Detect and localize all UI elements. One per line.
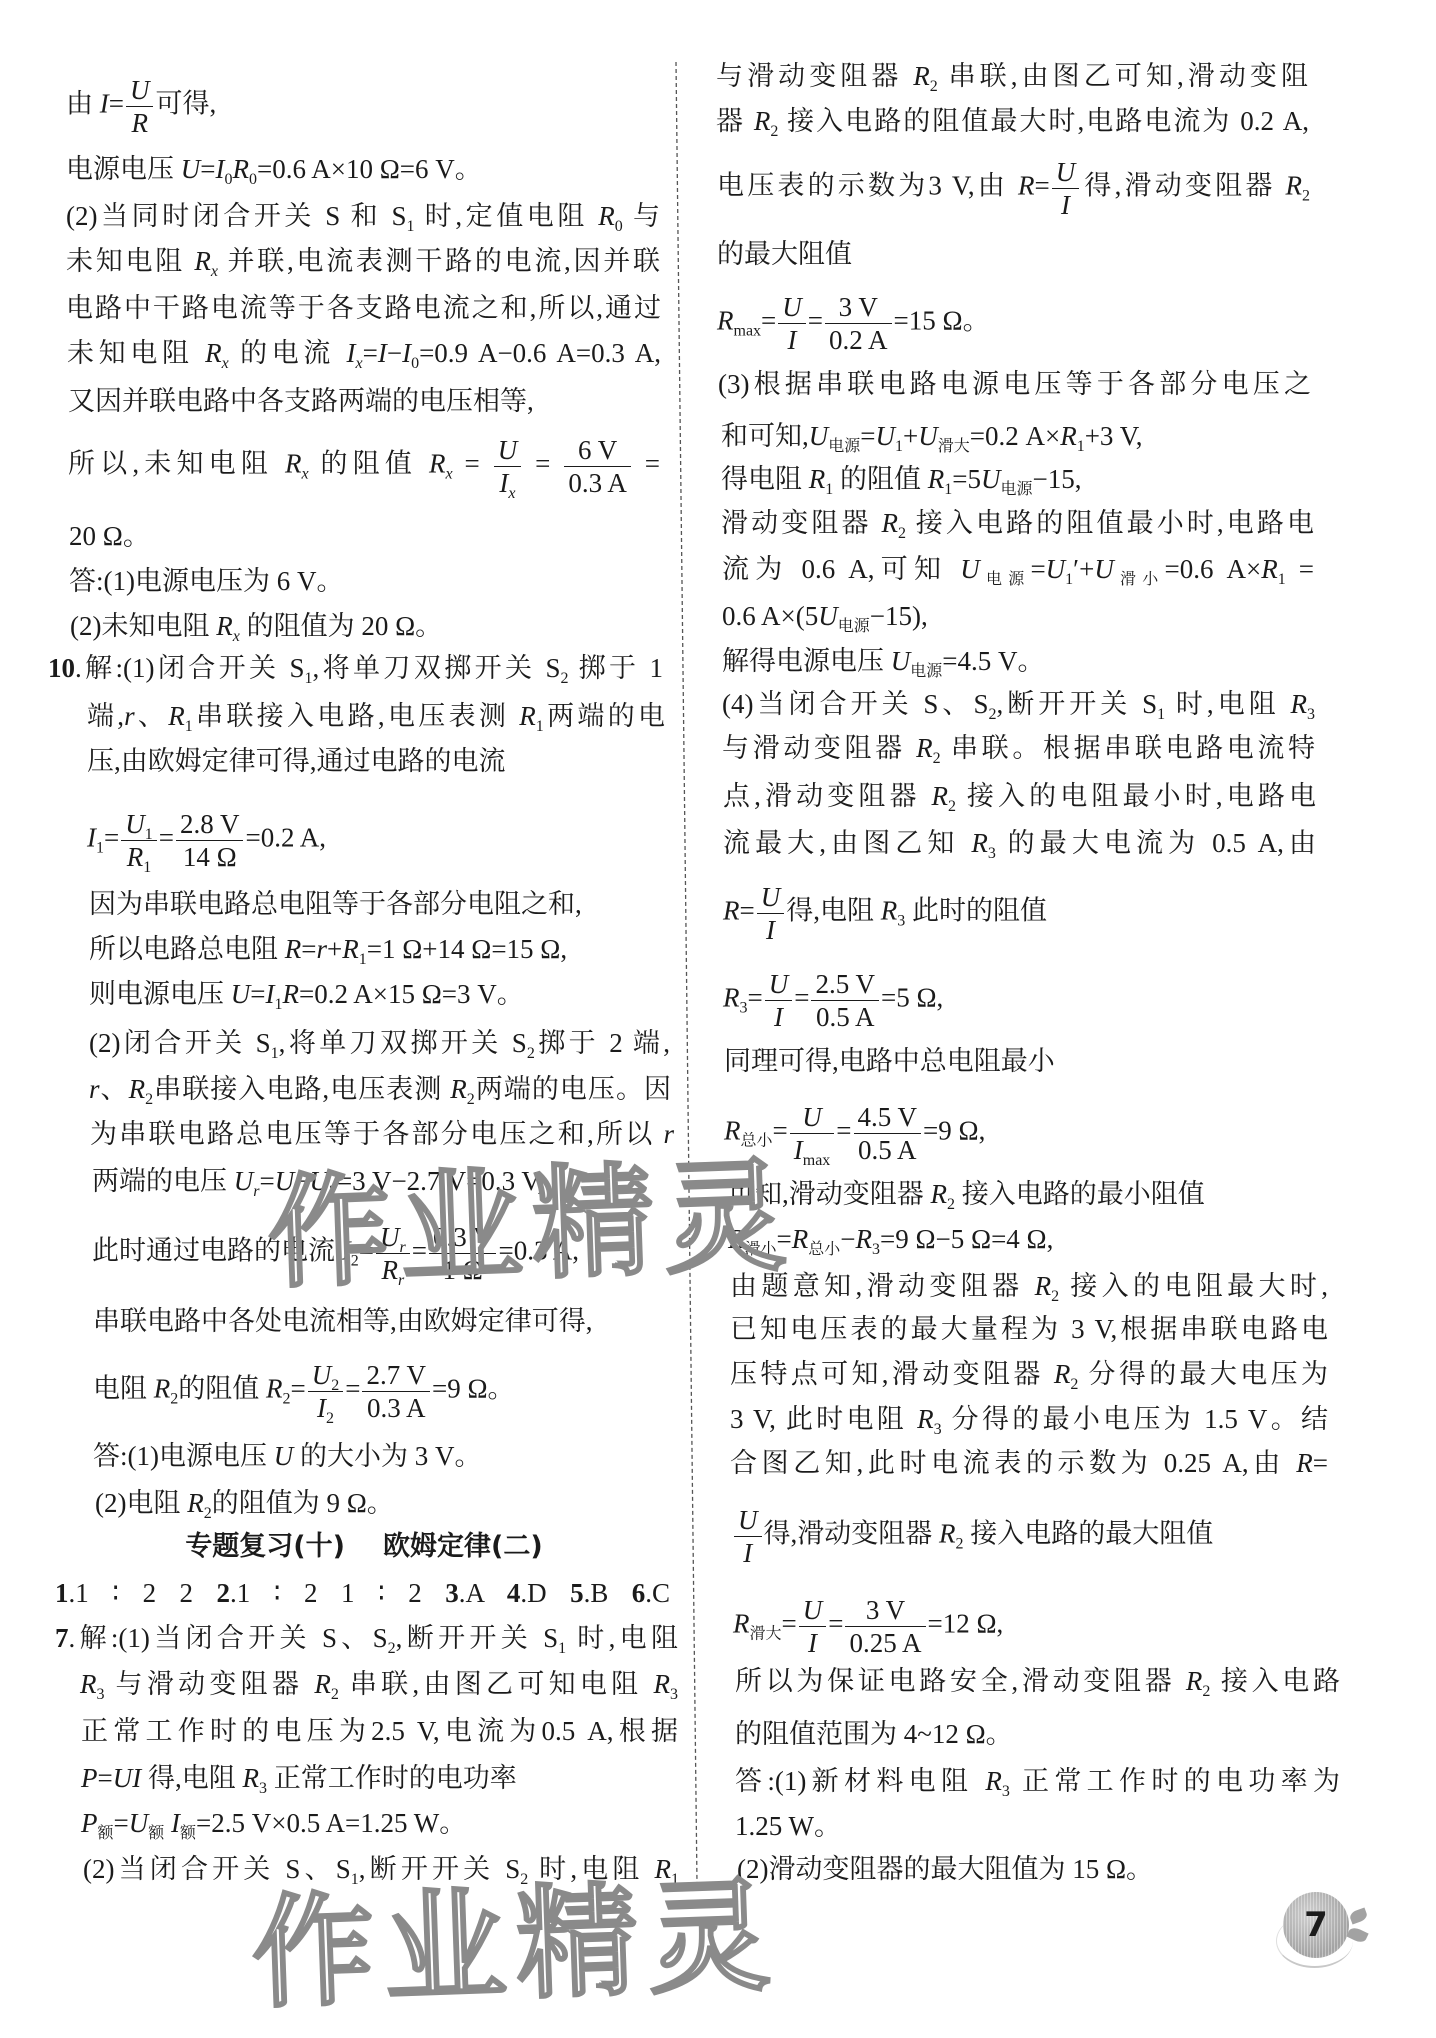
math-var: I (788, 325, 797, 355)
text-line: 与滑动变阻器 R2 串联。根据串联电路电流特 (722, 732, 1315, 764)
text-run: 答:(1)新材料电阻 (735, 1766, 985, 1796)
math-var: R (723, 983, 740, 1013)
math-var: R (1060, 421, 1077, 451)
text-run: 合图乙知,此时电流表的示数为 0.25 A,由 (730, 1448, 1296, 1478)
text-run: = (1034, 171, 1049, 201)
text-line: 已知电压表的最大量程为 3 V,根据串联电路电 (730, 1313, 1328, 1345)
math-var: R (881, 508, 898, 538)
text-line: 流为 0.6 A,可知 U电源=U1′+U滑小=0.6 A×R1 = (722, 553, 1314, 585)
math-sub: 电源 (980, 571, 1031, 588)
text-line: 由题意知,滑动变阻器 R2 接入的电阻最大时, (730, 1270, 1328, 1302)
math-var: U (918, 421, 938, 451)
text-run: 正常工作时的电功率为 (1010, 1766, 1340, 1796)
math-sub: 2 (956, 1536, 964, 1553)
math-var: U (1094, 554, 1114, 584)
text-run: = (761, 306, 776, 336)
text-run: (2)滑动变阻器的最大阻值为 15 Ω。 (737, 1854, 1153, 1884)
math-sub: 2 (947, 1196, 955, 1213)
fraction: UI (778, 291, 806, 356)
fraction-num: 3 V (845, 1594, 925, 1627)
text-run: ,断开开关 S (996, 689, 1157, 719)
text-run: =5 Ω, (881, 983, 943, 1013)
math-var: R (1054, 1359, 1071, 1389)
text-line: 点,滑动变阻器 R2 接入的电阻最小时,电路电 (723, 780, 1316, 812)
fraction-num: U (734, 1504, 762, 1537)
math-sub: 2 (898, 525, 906, 542)
page: 由 I=UR可得, 电源电压 U=I0R0=0.6 A×10 Ω=6 V。 (2… (0, 0, 1436, 2038)
text-run: 解得电源电压 (722, 646, 891, 676)
text-run: = (773, 1116, 788, 1146)
text-run: = (836, 1116, 851, 1146)
text-run: 点,滑动变阻器 (723, 781, 932, 811)
text-run: =9 Ω, (923, 1116, 985, 1146)
math-var: R (1296, 1448, 1313, 1478)
fraction: 4.5 V0.5 A (854, 1101, 922, 1166)
text-run: 的最大电流为 0.5 A,由 (996, 828, 1316, 858)
fraction-den: I (734, 1537, 762, 1569)
page-number-badge: 7 (1276, 1884, 1386, 1974)
math-sub: 3 (934, 1421, 942, 1438)
text-run: 与滑动变阻器 (722, 733, 916, 763)
math-var: R (928, 464, 945, 494)
math-var: R (1035, 1271, 1052, 1301)
math-sub: 电源 (838, 618, 870, 635)
text-line: R滑大=UI=3 V0.25 A=12 Ω, (733, 1594, 1003, 1659)
text-run: = (1286, 554, 1314, 584)
math-var: R (724, 1116, 741, 1146)
fraction-den: Imax (790, 1134, 835, 1166)
math-sub: 1 (1077, 438, 1085, 455)
text-run: =12 Ω, (928, 1609, 1004, 1639)
text-line: 同理可得,电路中总电阻最小 (724, 1045, 1055, 1077)
text-run: 2.5 V (815, 969, 875, 999)
text-run: 串联。根据串联电路电流特 (941, 733, 1315, 763)
math-sub: 电源 (828, 438, 860, 455)
text-run: = (1313, 1448, 1328, 1478)
fraction: 2.5 V0.5 A (811, 968, 879, 1033)
math-sub: 滑大 (750, 1626, 782, 1643)
text-run: =0.6 A× (1165, 554, 1262, 584)
text-line: 解得电源电压 U电源=4.5 V。 (722, 645, 1045, 677)
math-var: U (738, 1505, 758, 1535)
math-var: R (939, 1519, 956, 1549)
text-line: 答:(1)新材料电阻 R3 正常工作时的电功率为 (735, 1765, 1340, 1797)
fraction-den: I (757, 914, 785, 946)
text-line: (2)滑动变阻器的最大阻值为 15 Ω。 (737, 1853, 1153, 1885)
page-number: 7 (1304, 1905, 1328, 1945)
math-sub: max (803, 1152, 831, 1169)
math-var: R (931, 1179, 948, 1209)
text-line: 得电阻 R1 的阻值 R1=5U电源−15, (721, 463, 1081, 495)
text-run: 得,电阻 (786, 896, 881, 926)
text-run: 3 V (866, 1595, 905, 1625)
math-sub: 1 (1157, 706, 1165, 723)
text-run: 0.6 A×(5 (722, 601, 818, 631)
text-run: −15), (870, 601, 928, 631)
page-number-ball-icon: 7 (1283, 1892, 1349, 1958)
math-var: U (769, 969, 789, 999)
text-line: 所以为保证电路安全,滑动变阻器 R2 接入电路 (735, 1665, 1340, 1697)
text-run: 此时的阻值 (905, 896, 1047, 926)
fraction-num: U (790, 1101, 835, 1134)
text-run: = (808, 306, 823, 336)
math-var: U (1056, 157, 1076, 187)
text-run: 接入电路 (1210, 1666, 1340, 1696)
fraction-num: U (799, 1594, 827, 1627)
text-run: 接入电路的最小阻值 (955, 1179, 1205, 1209)
text-run: 分得的最大电压为 (1078, 1359, 1328, 1389)
watermark: 作业精灵 (250, 1871, 782, 2019)
math-var: R (1286, 171, 1303, 201)
math-var: R (971, 828, 988, 858)
fraction-num: 4.5 V (854, 1101, 922, 1134)
right-column: 与滑动变阻器 R2 串联,由图乙可知,滑动变阻 器 R2 接入电路的阻值最大时,… (0, 0, 1436, 2038)
math-var: U (981, 464, 1001, 494)
text-line: (3)根据串联电路电源电压等于各部分电压之 (718, 368, 1311, 400)
text-run: 接入电路的阻值最大时,电路电流为 0.2 A, (778, 106, 1309, 136)
text-run: ′+ (1073, 554, 1094, 584)
fraction: UImax (790, 1101, 835, 1166)
math-var: R (916, 733, 933, 763)
math-sub: 2 (933, 750, 941, 767)
text-run: 0.5 A (816, 1002, 875, 1032)
text-run: = (782, 1609, 797, 1639)
text-run: 滑动变阻器 (721, 508, 881, 538)
text-line: 的阻值范围为 4~12 Ω。 (735, 1718, 1013, 1750)
text-line: 电压表的示数为3 V,由 R=UI得,滑动变阻器 R2 (717, 156, 1310, 221)
fraction: 3 V0.25 A (845, 1594, 925, 1659)
text-run: (4)当闭合开关 S、S (722, 689, 988, 719)
text-run: + (903, 421, 918, 451)
text-line: 滑动变阻器 R2 接入电路的阻值最小时,电路电 (721, 507, 1314, 539)
math-var: U (802, 1102, 822, 1132)
fraction-num: 2.5 V (811, 968, 879, 1001)
fraction-num: U (765, 968, 793, 1001)
text-line: Rmax=UI=3 V0.2 A=15 Ω。 (717, 291, 990, 356)
text-run: 时,电阻 (1165, 689, 1290, 719)
text-run: +3 V, (1085, 421, 1143, 451)
fraction-den: I (799, 1627, 827, 1659)
text-line: 压特点可知,滑动变阻器 R2 分得的最大电压为 (730, 1358, 1328, 1390)
math-var: I (794, 1135, 803, 1165)
text-line: 器 R2 接入电路的阻值最大时,电路电流为 0.2 A, (716, 105, 1309, 137)
math-var: U (818, 601, 838, 631)
text-line: 的最大阻值 (717, 238, 852, 270)
text-line: 和可知,U电源=U1+U滑大=0.2 A×R1+3 V, (721, 420, 1142, 452)
text-run: 所以为保证电路安全,滑动变阻器 (735, 1666, 1186, 1696)
math-var: R (717, 306, 734, 336)
text-run: =0.2 A× (970, 421, 1060, 451)
text-run: 与滑动变阻器 (716, 61, 913, 91)
math-sub: 1 (1065, 571, 1073, 588)
fraction-den: I (765, 1001, 793, 1033)
text-run: 压特点可知,滑动变阻器 (730, 1359, 1054, 1389)
text-line: 流最大,由图乙知 R3 的最大电流为 0.5 A,由 (723, 827, 1316, 859)
text-run: −15, (1033, 464, 1082, 494)
text-line: 3 V, 此时电阻 R3 分得的最小电压为 1.5 V。结 (730, 1403, 1328, 1435)
text-line: UI得,滑动变阻器 R2 接入电路的最大阻值 (732, 1504, 1213, 1569)
fraction-den: 0.5 A (854, 1134, 922, 1166)
math-var: U (803, 1595, 823, 1625)
math-var: I (766, 915, 775, 945)
math-var: R (754, 106, 771, 136)
math-sub: 1 (1278, 571, 1286, 588)
text-run: 的阻值范围为 4~12 Ω。 (735, 1719, 1013, 1749)
math-var: R (809, 464, 826, 494)
fraction-den: I (1052, 189, 1080, 221)
text-run: (3)根据串联电路电源电压等于各部分电压之 (718, 369, 1311, 399)
fraction: UI (734, 1504, 762, 1569)
math-sub: 电源 (910, 663, 942, 680)
text-run: = (748, 983, 763, 1013)
text-line: 可知,滑动变阻器 R2 接入电路的最小阻值 (728, 1178, 1205, 1210)
text-run: =4.5 V。 (942, 646, 1044, 676)
fraction-den: 0.5 A (811, 1001, 879, 1033)
text-run: 电压表的示数为3 V,由 (717, 171, 1018, 201)
math-sub: 2 (948, 798, 956, 815)
math-sub: 3 (988, 845, 996, 862)
text-run: =9 Ω−5 Ω=4 Ω, (880, 1224, 1053, 1254)
text-run: 和可知, (721, 421, 809, 451)
fraction-num: U (1052, 156, 1080, 189)
text-run: 串联,由图乙可知,滑动变阻 (938, 61, 1308, 91)
fraction: 3 V0.2 A (825, 291, 892, 356)
fraction-den: I (778, 324, 806, 356)
fraction-den: 0.2 A (825, 324, 892, 356)
math-var: U (891, 646, 911, 676)
fraction: UI (799, 1594, 827, 1659)
math-sub: 3 (872, 1241, 880, 1258)
math-var: R (1186, 1666, 1203, 1696)
text-line: 1.25 W。 (735, 1810, 841, 1842)
text-run: =5 (952, 464, 981, 494)
math-var: R (917, 1404, 934, 1434)
math-var: I (774, 1002, 783, 1032)
math-var: R (1018, 171, 1035, 201)
text-run: 4.5 V (858, 1102, 918, 1132)
math-sub: 电源 (1000, 481, 1032, 498)
text-run: = (794, 983, 809, 1013)
watermark: 作业精灵 (266, 1151, 798, 1299)
math-var: U (1046, 554, 1066, 584)
math-var: R (1261, 554, 1278, 584)
text-run: 3 V (839, 292, 878, 322)
math-var: I (743, 1538, 752, 1568)
text-run: 0.5 A (858, 1135, 917, 1165)
fraction: UI (757, 881, 785, 946)
text-run: 得,滑动变阻器 (1081, 171, 1285, 201)
math-var: U (809, 421, 829, 451)
text-line: 合图乙知,此时电流表的示数为 0.25 A,由 R= (730, 1447, 1328, 1479)
text-run: = (1030, 554, 1045, 584)
math-sub: 3 (740, 1000, 748, 1017)
math-var: U (960, 554, 980, 584)
math-var: U (782, 292, 802, 322)
text-run: = (860, 421, 875, 451)
text-run: 接入的电阻最小时,电路电 (956, 781, 1316, 811)
math-sub: 总小 (808, 1241, 840, 1258)
text-run: =15 Ω。 (894, 306, 990, 336)
text-run: 得,滑动变阻器 (764, 1519, 940, 1549)
math-sub: 3 (1002, 1783, 1010, 1800)
fraction: UI (765, 968, 793, 1033)
fraction: UI (1052, 156, 1080, 221)
text-line: R=UI得,电阻 R3 此时的阻值 (723, 881, 1047, 946)
math-sub: max (734, 323, 762, 340)
text-run: 已知电压表的最大量程为 3 V,根据串联电路电 (730, 1314, 1328, 1344)
math-var: R (985, 1766, 1002, 1796)
text-run: 分得的最小电压为 1.5 V。结 (942, 1404, 1328, 1434)
text-line: (4)当闭合开关 S、S2,断开开关 S1 时,电阻 R3 (722, 688, 1315, 720)
math-var: R (913, 61, 930, 91)
text-run: 0.2 A (829, 325, 888, 355)
text-run: 1.25 W。 (735, 1811, 841, 1841)
text-run: 同理可得,电路中总电阻最小 (724, 1046, 1055, 1076)
math-var: R (856, 1224, 873, 1254)
text-run: 的阻值 (833, 464, 928, 494)
text-run: 接入电路的阻值最小时,电路电 (906, 508, 1314, 538)
text-run: − (840, 1224, 855, 1254)
fraction-num: 3 V (825, 291, 892, 324)
math-var: R (733, 1609, 750, 1639)
leaf-icon (1348, 1907, 1368, 1924)
text-run: 0.25 A (849, 1628, 921, 1658)
math-var: U (876, 421, 896, 451)
math-var: R (932, 781, 949, 811)
text-run: 流为 0.6 A,可知 (722, 554, 960, 584)
fraction-num: U (778, 291, 806, 324)
math-sub: 2 (1302, 188, 1310, 205)
fraction-den: 0.25 A (845, 1627, 925, 1659)
fraction-num: U (757, 881, 785, 914)
math-var: I (1061, 190, 1070, 220)
text-run: 器 (716, 106, 754, 136)
text-line: 0.6 A×(5U电源−15), (722, 600, 928, 632)
math-sub: 3 (1307, 706, 1315, 723)
text-run: = (828, 1609, 843, 1639)
text-line: R3=UI=2.5 V0.5 A=5 Ω, (723, 968, 943, 1033)
text-run: 得电阻 (721, 464, 809, 494)
math-sub: 1 (895, 438, 903, 455)
text-run: = (740, 896, 755, 926)
text-run: 接入电路的最大阻值 (964, 1519, 1214, 1549)
math-var: R (881, 896, 898, 926)
text-run: 流最大,由图乙知 (723, 828, 971, 858)
math-var: R (723, 896, 740, 926)
math-sub: 滑大 (938, 438, 970, 455)
math-sub: 2 (1051, 1288, 1059, 1305)
text-run: 3 V, 此时电阻 (730, 1404, 917, 1434)
text-line: 与滑动变阻器 R2 串联,由图乙可知,滑动变阻 (716, 60, 1308, 92)
math-var: R (1291, 689, 1308, 719)
text-run: 的最大阻值 (717, 239, 852, 269)
math-var: U (761, 882, 781, 912)
text-run: 接入的电阻最大时, (1059, 1271, 1328, 1301)
math-var: I (808, 1628, 817, 1658)
math-sub: 2 (930, 78, 938, 95)
math-sub: 滑小 (1114, 571, 1165, 588)
